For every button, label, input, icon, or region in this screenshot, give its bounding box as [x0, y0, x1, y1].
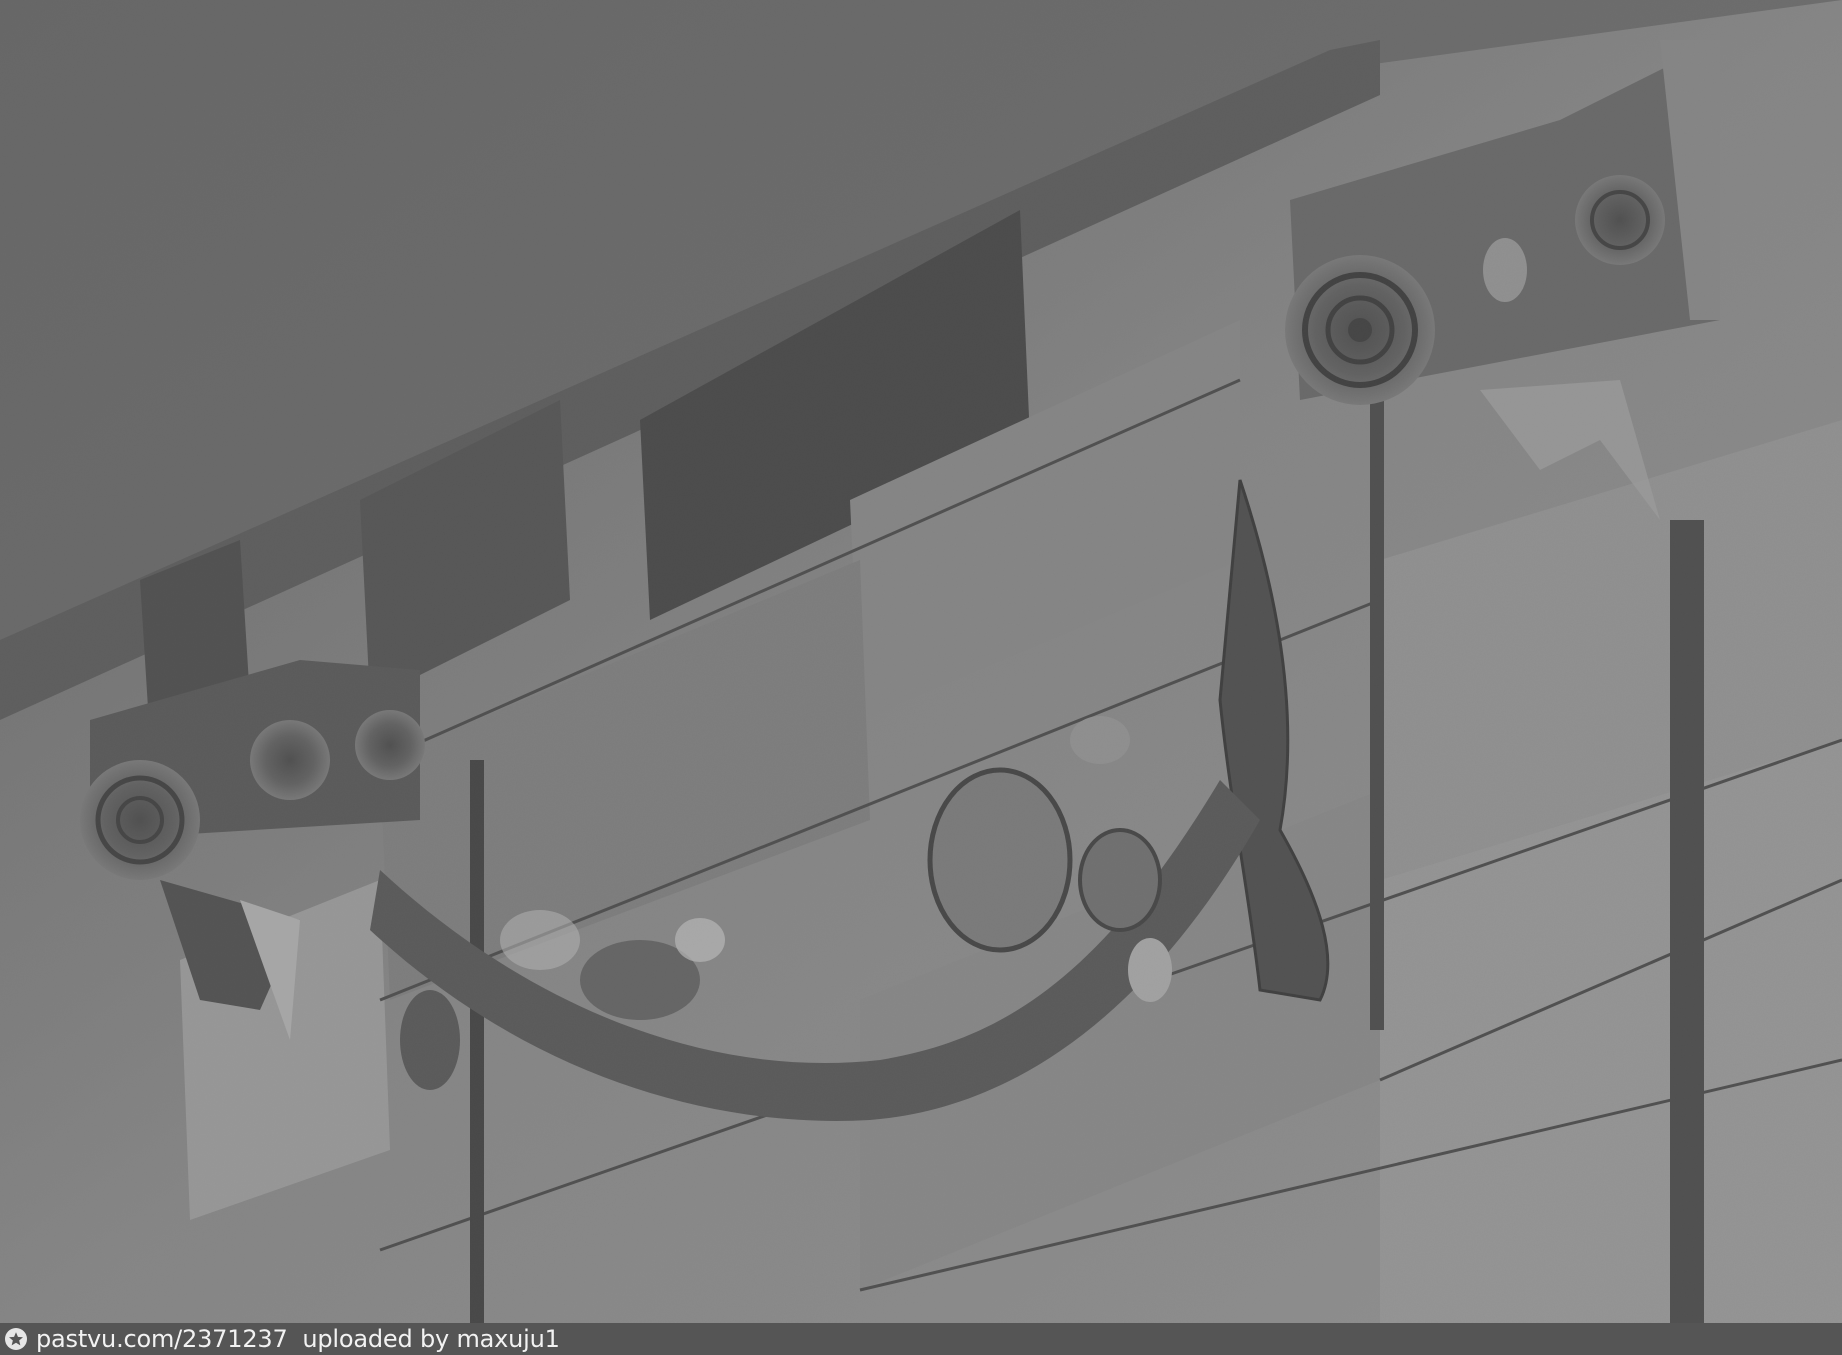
watermark-bar: pastvu.com/2371237 uploaded by maxuju1	[0, 1323, 1842, 1355]
watermark-uploaded-by-label: uploaded by	[302, 1323, 449, 1355]
star-circle-icon	[5, 1328, 27, 1350]
watermark-uploader[interactable]: maxuju1	[456, 1323, 559, 1355]
cornice-photo-render	[0, 0, 1842, 1323]
watermark-separator	[288, 1323, 303, 1355]
watermark-gap	[449, 1323, 456, 1355]
photograph	[0, 0, 1842, 1323]
watermark-site-link[interactable]: pastvu.com/2371237	[36, 1323, 288, 1355]
